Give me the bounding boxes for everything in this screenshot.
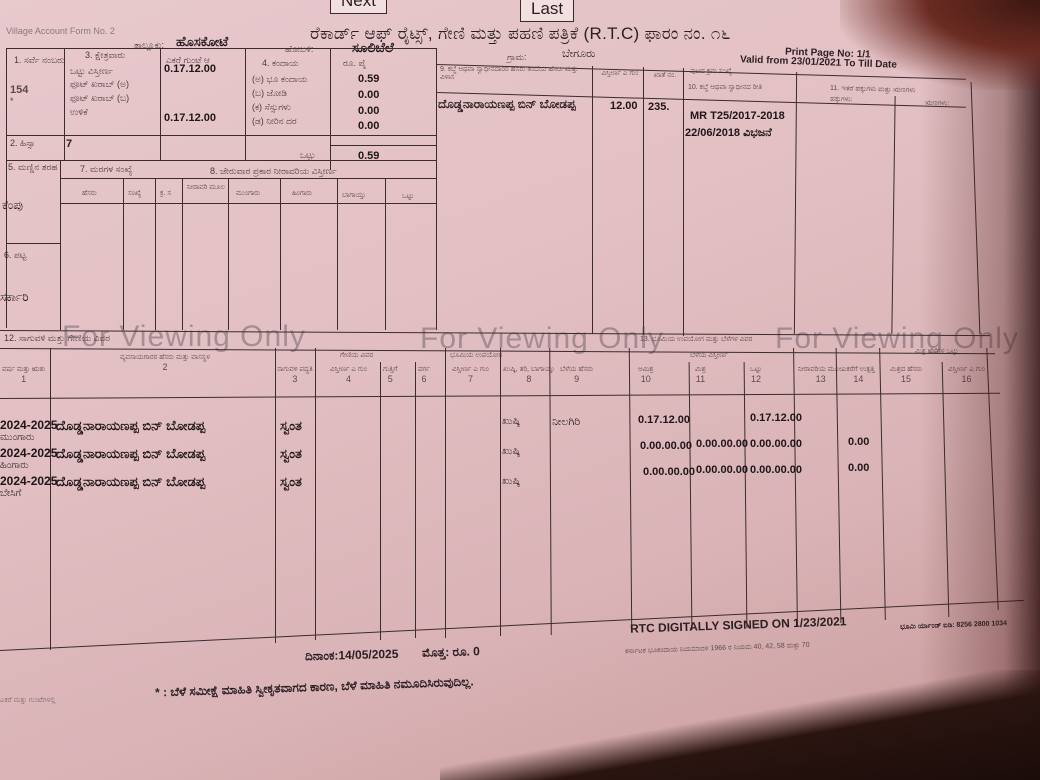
cell-land-type: ಖುಷ್ಕಿ — [502, 416, 520, 427]
type-value: ಸರ್ಕಾರಿ — [0, 290, 29, 305]
footer-note-left: ಎಕರೆ ಮತ್ತು ಗುಂಟೆಗಳಲ್ಲಿ — [0, 697, 56, 705]
crop-col-label: ವಿಸ್ತೀರ್ಣ ಎ ಗುಂ — [948, 366, 985, 374]
footer-date: ದಿನಾಂಕ:14/05/2025 — [305, 647, 399, 664]
crop-col-header: ಅಮಿಶ್ರ10 — [638, 366, 653, 384]
crop-col-header: ಖುಷ್ಕಿ, ತರಿ, ಬಾಗಾಯ್ತು8 — [503, 366, 555, 384]
crop-col-number: 7 — [452, 374, 489, 384]
tax-value: 0.00 — [358, 89, 379, 101]
tree-col: ಬಾಗಾಯ್ತು — [342, 192, 366, 200]
cell-mode: ಸ್ವಂತ — [280, 474, 302, 490]
crop-col-number: 15 — [890, 374, 922, 384]
mixed-group-header: ಮಿಶ್ರ ಬೆಳೆಗಳ ಒಟ್ಟು — [915, 348, 958, 356]
crop-col-header: ನೀರಾವರಿಯ ಮೂಲ13 — [798, 366, 843, 384]
crop-col-number: 13 — [798, 374, 843, 384]
area-row-label: ಫೂಟ್ ಖರಾಬ್ (ಅ) — [70, 79, 129, 90]
hissa-label: 2. ಹಿಸ್ಸಾ — [10, 138, 35, 149]
cell-land-type: ಖುಷ್ಕಿ — [502, 476, 520, 487]
total-area-value: 0.17.12.00 — [164, 63, 216, 75]
village-label: ಗ್ರಾಮ: — [507, 52, 527, 63]
crop-col-label: ವರ್ಷ ಮತ್ತು ಋತು — [2, 366, 45, 374]
tax-value: 0.59 — [358, 73, 379, 85]
mutation-header: 10. ಕಬ್ಜೆ ಆಥವಾ ಸ್ವಾಧೀನದ ರೀತಿ — [688, 84, 762, 92]
khata-number: 235. — [648, 101, 669, 113]
cell-season: ಮುಂಗಾರು — [0, 432, 35, 443]
rtc-document: Next Last ರೆಕಾರ್ಡ್ ಆಫ್ ರೈಟ್ಸ್, ಗೇಣಿ ಮತ್ತ… — [0, 0, 1040, 780]
crop-col-label: ವಿಸ್ತೀರ್ಣ ಎ ಗುಂ — [330, 366, 367, 374]
hissa-number: 7 — [66, 138, 72, 150]
cell-year: 2024-2025 — [0, 474, 57, 488]
cell-mode: ಸ್ವಂತ — [280, 446, 302, 462]
crop-col-number: 11 — [695, 374, 706, 384]
soil-label: 5. ಮಣ್ಣಿನ ತರಹ — [8, 162, 60, 173]
footer-total-fee: ಮೊತ್ತ: ರೂ. 0 — [422, 644, 480, 661]
rights-label: ಹಕ್ಕುಗಳು: — [830, 96, 853, 105]
land-rules-reference: ಕರ್ನಾಟಕ ಭೂಕಂದಾಯ ನಿಯಮಾವಳಿ 1966 ರ ನಿಯಮ 40,… — [625, 642, 810, 656]
area-row-label: ಒಟ್ಟು ವಿಸ್ತೀರ್ಣ — [70, 66, 113, 77]
cell-unmixed: 0.17.12.00 — [638, 414, 690, 426]
tree-col: ಹಿಂಗಾರು — [292, 190, 312, 198]
soil-value: ಕೆಂಪು — [2, 198, 23, 213]
crop-col-number: 12 — [750, 374, 762, 384]
crop-col-number: 4 — [330, 374, 367, 384]
rights-header: 11. ಇತರೆ ಹಕ್ಕುಗಳು ಮತ್ತು ಋಣಗಳು — [830, 85, 916, 95]
crop-col-header: ವ್ಯವಸಾಯಗಾರರ ಹೆಸರು ಮತ್ತು ವಾಸಸ್ಥಳ2 — [120, 354, 210, 372]
crop-col-number: 14 — [842, 374, 875, 384]
mutation-ref: MR T25/2017-2018 — [690, 110, 785, 122]
crop-col-number: 10 — [638, 374, 653, 384]
tax-row-label: (ಬ) ಜೋಡಿ — [252, 88, 287, 99]
cell-land-type: ಖುಷ್ಕಿ — [502, 446, 520, 457]
cell-year: 2024-2025 — [0, 446, 57, 460]
irrigation-header: 8. ಜೇರುವಾರ ಪ್ರಕಾರ ನೀರಾವರಿಯ ವಿಸ್ತೀರ್ಣ — [210, 166, 337, 177]
crop-col-number: 6 — [418, 374, 430, 384]
liabilities-label: ಋಣಗಳು: — [925, 100, 949, 109]
tax-row-label: (ಕ) ಸೆಸ್ಸುಗಳು — [252, 102, 291, 113]
land-use-section-label: 13. ಭೂಮಿಯ ಉಪಯೋಗ ಮತ್ತು ಬೆಳೆಗಳ ವಿವರ — [640, 336, 752, 344]
crop-col-label: ಅಮಿಶ್ರ — [638, 366, 653, 374]
crop-col-number: 9 — [560, 374, 593, 384]
crop-col-header: ಮಿಶ್ರದ ಹೆಸರು15 — [890, 366, 922, 384]
crop-col-header: ವಿಸ್ತೀರ್ಣ ಎ ಗುಂ4 — [330, 366, 367, 384]
crop-col-label: ಮಿಶ್ರ — [695, 366, 706, 374]
owner-header: 9. ಕಬ್ಜೆ ಆಥವಾ ಸ್ವಾಧೀನದಾರರ ಹೆಸರು ತಂದೆಯ ಹೆ… — [440, 66, 590, 82]
crop-col-number: 2 — [120, 362, 210, 372]
tree-col: ಸಂಖ್ಯೆ — [128, 190, 141, 198]
cell-year: 2024-2025 — [0, 418, 57, 432]
crop-col-header: ವಿಸ್ತೀರ್ಣ ಎ ಗುಂ7 — [452, 366, 489, 384]
valid-from: Valid from 23/01/2021 To Till Date — [740, 54, 897, 70]
trees-header: 7. ಮರಗಳ ಸಂಖ್ಯೆ — [80, 164, 133, 175]
crop-col-label: ಗುತ್ತಿಗೆ — [383, 366, 397, 374]
cell-unmixed: 0.00.00.00 — [643, 466, 695, 478]
cell-mixed: 0.00.00.00 — [696, 438, 748, 450]
header-left-caption: Village Account Form No. 2 — [6, 26, 115, 36]
cell-cultivator: ದೊಡ್ಡನಾರಾಯಣಪ್ಪ ಬಿನ್ ಬೋಡಪ್ಪ — [56, 446, 205, 462]
land-use-group-header: ಭೂಮಿಯ ಉಪಯೋಗ — [450, 352, 502, 360]
crop-col-header: ಒಟ್ಟು12 — [750, 366, 762, 384]
cell-total: 0.00.00.00 — [750, 464, 802, 476]
owner-area: 12.00 — [610, 100, 638, 112]
crop-col-header: ವರ್ಗ6 — [418, 366, 430, 384]
crop-col-label: ಮಿಶ್ರದ ಹೆಸರು — [890, 366, 922, 374]
cell-cultivator: ದೊಡ್ಡನಾರಾಯಣಪ್ಪ ಬಿನ್ ಬೋಡಪ್ಪ — [56, 418, 205, 434]
watermark: For Viewing Only — [775, 322, 1019, 356]
next-button[interactable]: Next — [330, 0, 387, 14]
mutation-date: 22/06/2018 ವಿಭಜನೆ — [685, 127, 772, 140]
last-button[interactable]: Last — [520, 0, 574, 22]
crop-col-label: ಬೆಳೆಯ ಹೆಸರು — [560, 366, 593, 374]
cell-total: 0.17.12.00 — [750, 412, 802, 424]
tax-value: 0.00 — [358, 120, 379, 132]
crop-col-header: ವಿಸ್ತೀರ್ಣ ಎ ಗುಂ16 — [948, 366, 985, 384]
tax-total-label: ಒಟ್ಟು — [300, 150, 315, 161]
cell-mixed: 0.00.00.00 — [696, 464, 748, 476]
crop-col-header: ಸಾಗುವಳಿ ಪದ್ಧತಿ3 — [277, 366, 313, 384]
crop-col-number: 8 — [503, 374, 555, 384]
tree-col: ಹೆಸರು — [82, 190, 97, 198]
crop-col-label: ಖುಷ್ಕಿ, ತರಿ, ಬಾಗಾಯ್ತು — [503, 366, 555, 374]
tree-col: ನೀರಾವರಿ ಮೂಲ — [186, 184, 226, 192]
remaining-area-value: 0.17.12.00 — [164, 112, 216, 124]
area-row-label: ಫೂಟ್ ಖರಾಬ್ (ಬ) — [70, 93, 129, 104]
cell-cultivator: ದೊಡ್ಡನಾರಾಯಣಪ್ಪ ಬಿನ್ ಬೋಡಪ್ಪ — [56, 474, 205, 490]
crop-col-header: ಎಕರೆಗೆ ಉತ್ಪತ್ತಿ14 — [842, 366, 875, 384]
khata-header: ಖಾತೆ ನಂ. — [650, 72, 680, 80]
cell-yield: 0.00 — [848, 462, 869, 474]
cell-total: 0.00.00.00 — [750, 438, 802, 450]
crop-col-header: ವರ್ಷ ಮತ್ತು ಋತು1 — [2, 366, 45, 384]
hobli-label: ಹೋಬಳಿ: — [285, 44, 313, 55]
crop-area-group-header: ಬೆಳೆಯ ವಿಸ್ತೀರ್ಣ — [690, 352, 728, 360]
cultivation-section-label: 12. ಸಾಗುವಳಿ ಮತ್ತು ಗೇಣಿಯ ವಿವರ — [4, 333, 110, 344]
cell-season: ಹಿಂಗಾರು — [0, 460, 29, 471]
tax-units-header: ರೂ. ಪೈ — [343, 58, 366, 69]
cell-yield: 0.00 — [848, 436, 869, 448]
survey-mark: * — [10, 96, 14, 106]
owner-name: ದೊಡ್ಡನಾರಾಯಣಪ್ಪ ಬಿನ್ ಬೋಡಪ್ಪ — [438, 97, 576, 112]
tenancy-group-header: ಗೇಣಿಯ ವಿವರ — [340, 352, 373, 360]
tax-header: 4. ಕಂದಾಯ — [262, 58, 299, 69]
crop-survey-note: * : ಬೆಳೆ ಸಮೀಕ್ಷೆ ಮಾಹಿತಿ ಸ್ವೀಕೃತವಾಗದ ಕಾರಣ… — [155, 674, 474, 700]
area-row-label: ಉಳಿಕೆ — [70, 107, 88, 118]
crop-col-number: 1 — [2, 374, 45, 384]
tax-total-value: 0.59 — [358, 150, 379, 162]
area-header: 3. ಕ್ಷೇತ್ರವಾರು — [85, 50, 125, 61]
crop-col-header: ಮಿಶ್ರ11 — [695, 366, 706, 384]
crop-col-number: 16 — [948, 374, 985, 384]
owner-area-header: ವಿಸ್ತೀರ್ಣ ಎ ಗುಂ — [600, 70, 640, 78]
crop-col-header: ಗುತ್ತಿಗೆ5 — [383, 366, 397, 384]
survey-number: 154 — [10, 84, 28, 96]
crop-col-label: ವರ್ಗ — [418, 366, 430, 374]
tax-value: 0.00 — [358, 105, 379, 117]
type-label: 6. ಪಟ್ಟ — [4, 250, 26, 261]
crop-col-number: 5 — [383, 374, 397, 384]
cell-season: ಬೇಸಿಗೆ — [0, 488, 21, 499]
cell-unmixed: 0.00.00.00 — [640, 440, 692, 452]
crop-col-label: ನೀರಾವರಿಯ ಮೂಲ — [798, 366, 843, 374]
cell-crop: ನೀಲಗಿರಿ — [552, 416, 580, 429]
tree-col: ಕ್ರ. ಸ — [160, 190, 171, 198]
tree-col: ಮುಂಗಾರು — [236, 190, 260, 198]
tree-col: ಒಟ್ಟು — [402, 193, 414, 201]
cell-mode: ಸ್ವಂತ — [280, 418, 302, 434]
survey-label: 1. ಸರ್ವೆ ನಂಬರು — [14, 55, 65, 66]
crop-col-header: ಬೆಳೆಯ ಹೆಸರು9 — [560, 366, 593, 384]
crop-col-label: ವ್ಯವಸಾಯಗಾರರ ಹೆಸರು ಮತ್ತು ವಾಸಸ್ಥಳ — [120, 354, 210, 362]
bhoomi-id: ಭೂಮಿ ರ್ಯಾಂಡ್ ಐಡಿ: 8256 2800 1034 — [900, 620, 1007, 632]
village-value: ಬೇಗೂರು — [562, 48, 595, 61]
crop-col-label: ಎಕರೆಗೆ ಉತ್ಪತ್ತಿ — [842, 366, 875, 374]
tax-row-label: (ಡ) ನೀರಿನ ದರ — [252, 116, 297, 127]
crop-col-label: ವಿಸ್ತೀರ್ಣ ಎ ಗುಂ — [452, 366, 489, 374]
crop-col-number: 3 — [277, 374, 313, 384]
tax-row-label: (ಅ) ಭೂ ಕಂದಾಯ — [252, 74, 307, 85]
crop-col-label: ಒಟ್ಟು — [750, 366, 762, 374]
crop-col-label: ಸಾಗುವಳಿ ಪದ್ಧತಿ — [277, 366, 313, 374]
